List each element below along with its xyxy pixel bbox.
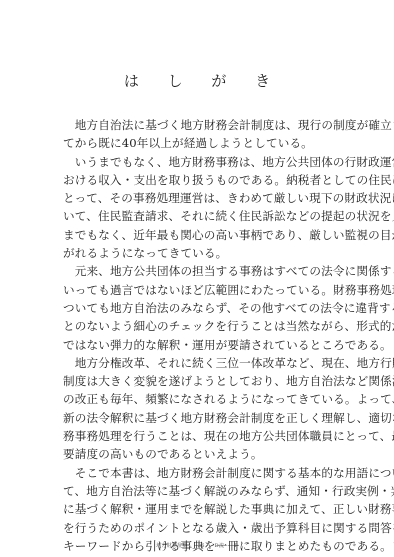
text-line: てから既に40年以上が経過しようとしている。	[63, 134, 347, 152]
text-line: おける収入・支出を取り扱うものである。納税者としての住民に	[63, 171, 347, 189]
text-line: 新の法令解釈に基づく地方財務会計制度を正しく理解し、適切な財	[63, 409, 347, 427]
text-line: 要請度の高いものであるといえよう。	[63, 445, 347, 463]
text-line: 地方自治法に基づく地方財務会計制度は、現行の制度が確立され	[63, 116, 347, 134]
text-line: て、地方自治法等に基づく解説のみならず、通知・行政実例・判例	[63, 482, 347, 500]
text-line: いっても過言ではないほど広範囲にわたっている。財務事務処理に	[63, 281, 347, 299]
text-line: を行うためのポイントとなる歳入・歳出予算科目に関する問答を	[63, 519, 347, 537]
text-line: がれるようになってきている。	[63, 244, 347, 262]
text-line: 務事務処理を行うことは、現在の地方公共団体職員にとって、最も	[63, 427, 347, 445]
page-footer: 地方財務辞典 36 D流 F	[0, 542, 394, 549]
preface-body: 地方自治法に基づく地方財務会計制度は、現行の制度が確立され てから既に40年以上…	[63, 116, 347, 555]
document-page: は し が き 地方自治法に基づく地方財務会計制度は、現行の制度が確立され てか…	[0, 0, 394, 557]
text-line: 元来、地方公共団体の担当する事務はすべての法令に関係すると	[63, 262, 347, 280]
text-line: までもなく、近年最も関心の高い事柄であり、厳しい監視の目が注	[63, 226, 347, 244]
text-line: とって、その事務処理運営は、きわめて厳しい現下の財政状況にお	[63, 189, 347, 207]
text-line: そこで本書は、地方財務会計制度に関する基本的な用語につい	[63, 464, 347, 482]
footer-code-2: F	[234, 543, 238, 549]
text-line: ついても地方自治法のみならず、その他すべての法令に違背するこ	[63, 299, 347, 317]
footer-book-name: 地方財務辞典	[156, 543, 188, 549]
text-line: いうまでもなく、地方財務事務は、地方公共団体の行財政運営に	[63, 153, 347, 171]
footer-code-1: D流	[215, 543, 225, 549]
text-line: に基づく解釈・運用までを解説した事典に加えて、正しい財務事務	[63, 500, 347, 518]
footer-page-number: 36	[198, 543, 205, 549]
text-line: の改正も毎年、頻繁になされるようになってきている。よって、最	[63, 390, 347, 408]
text-line: いて、住民監査請求、それに続く住民訴訟などの提起の状況を見る	[63, 207, 347, 225]
text-line: 地方分権改革、それに続く三位一体改革など、現在、地方行財政	[63, 354, 347, 372]
text-line: 制度は大きく変貌を遂げようとしており、地方自治法など関係法令	[63, 372, 347, 390]
text-line: ではない弾力的な解釈・運用が要請されているところである。	[63, 336, 347, 354]
text-line: とのないよう細心のチェックを行うことは当然ながら、形式的だけ	[63, 317, 347, 335]
page-title: は し が き	[0, 70, 394, 91]
